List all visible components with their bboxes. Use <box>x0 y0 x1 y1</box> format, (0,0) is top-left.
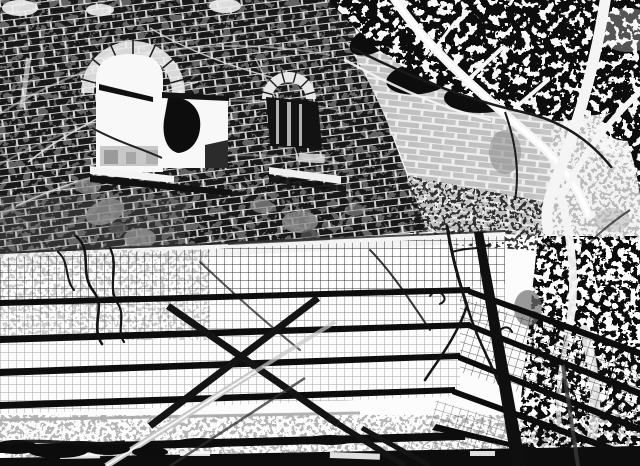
window-left-smudges <box>100 146 158 166</box>
window-right-interior <box>266 97 322 149</box>
left-grit <box>0 250 210 340</box>
monochrome-photo <box>0 0 640 466</box>
photo-canvas <box>0 0 640 466</box>
window-right-lower-light <box>299 153 325 163</box>
